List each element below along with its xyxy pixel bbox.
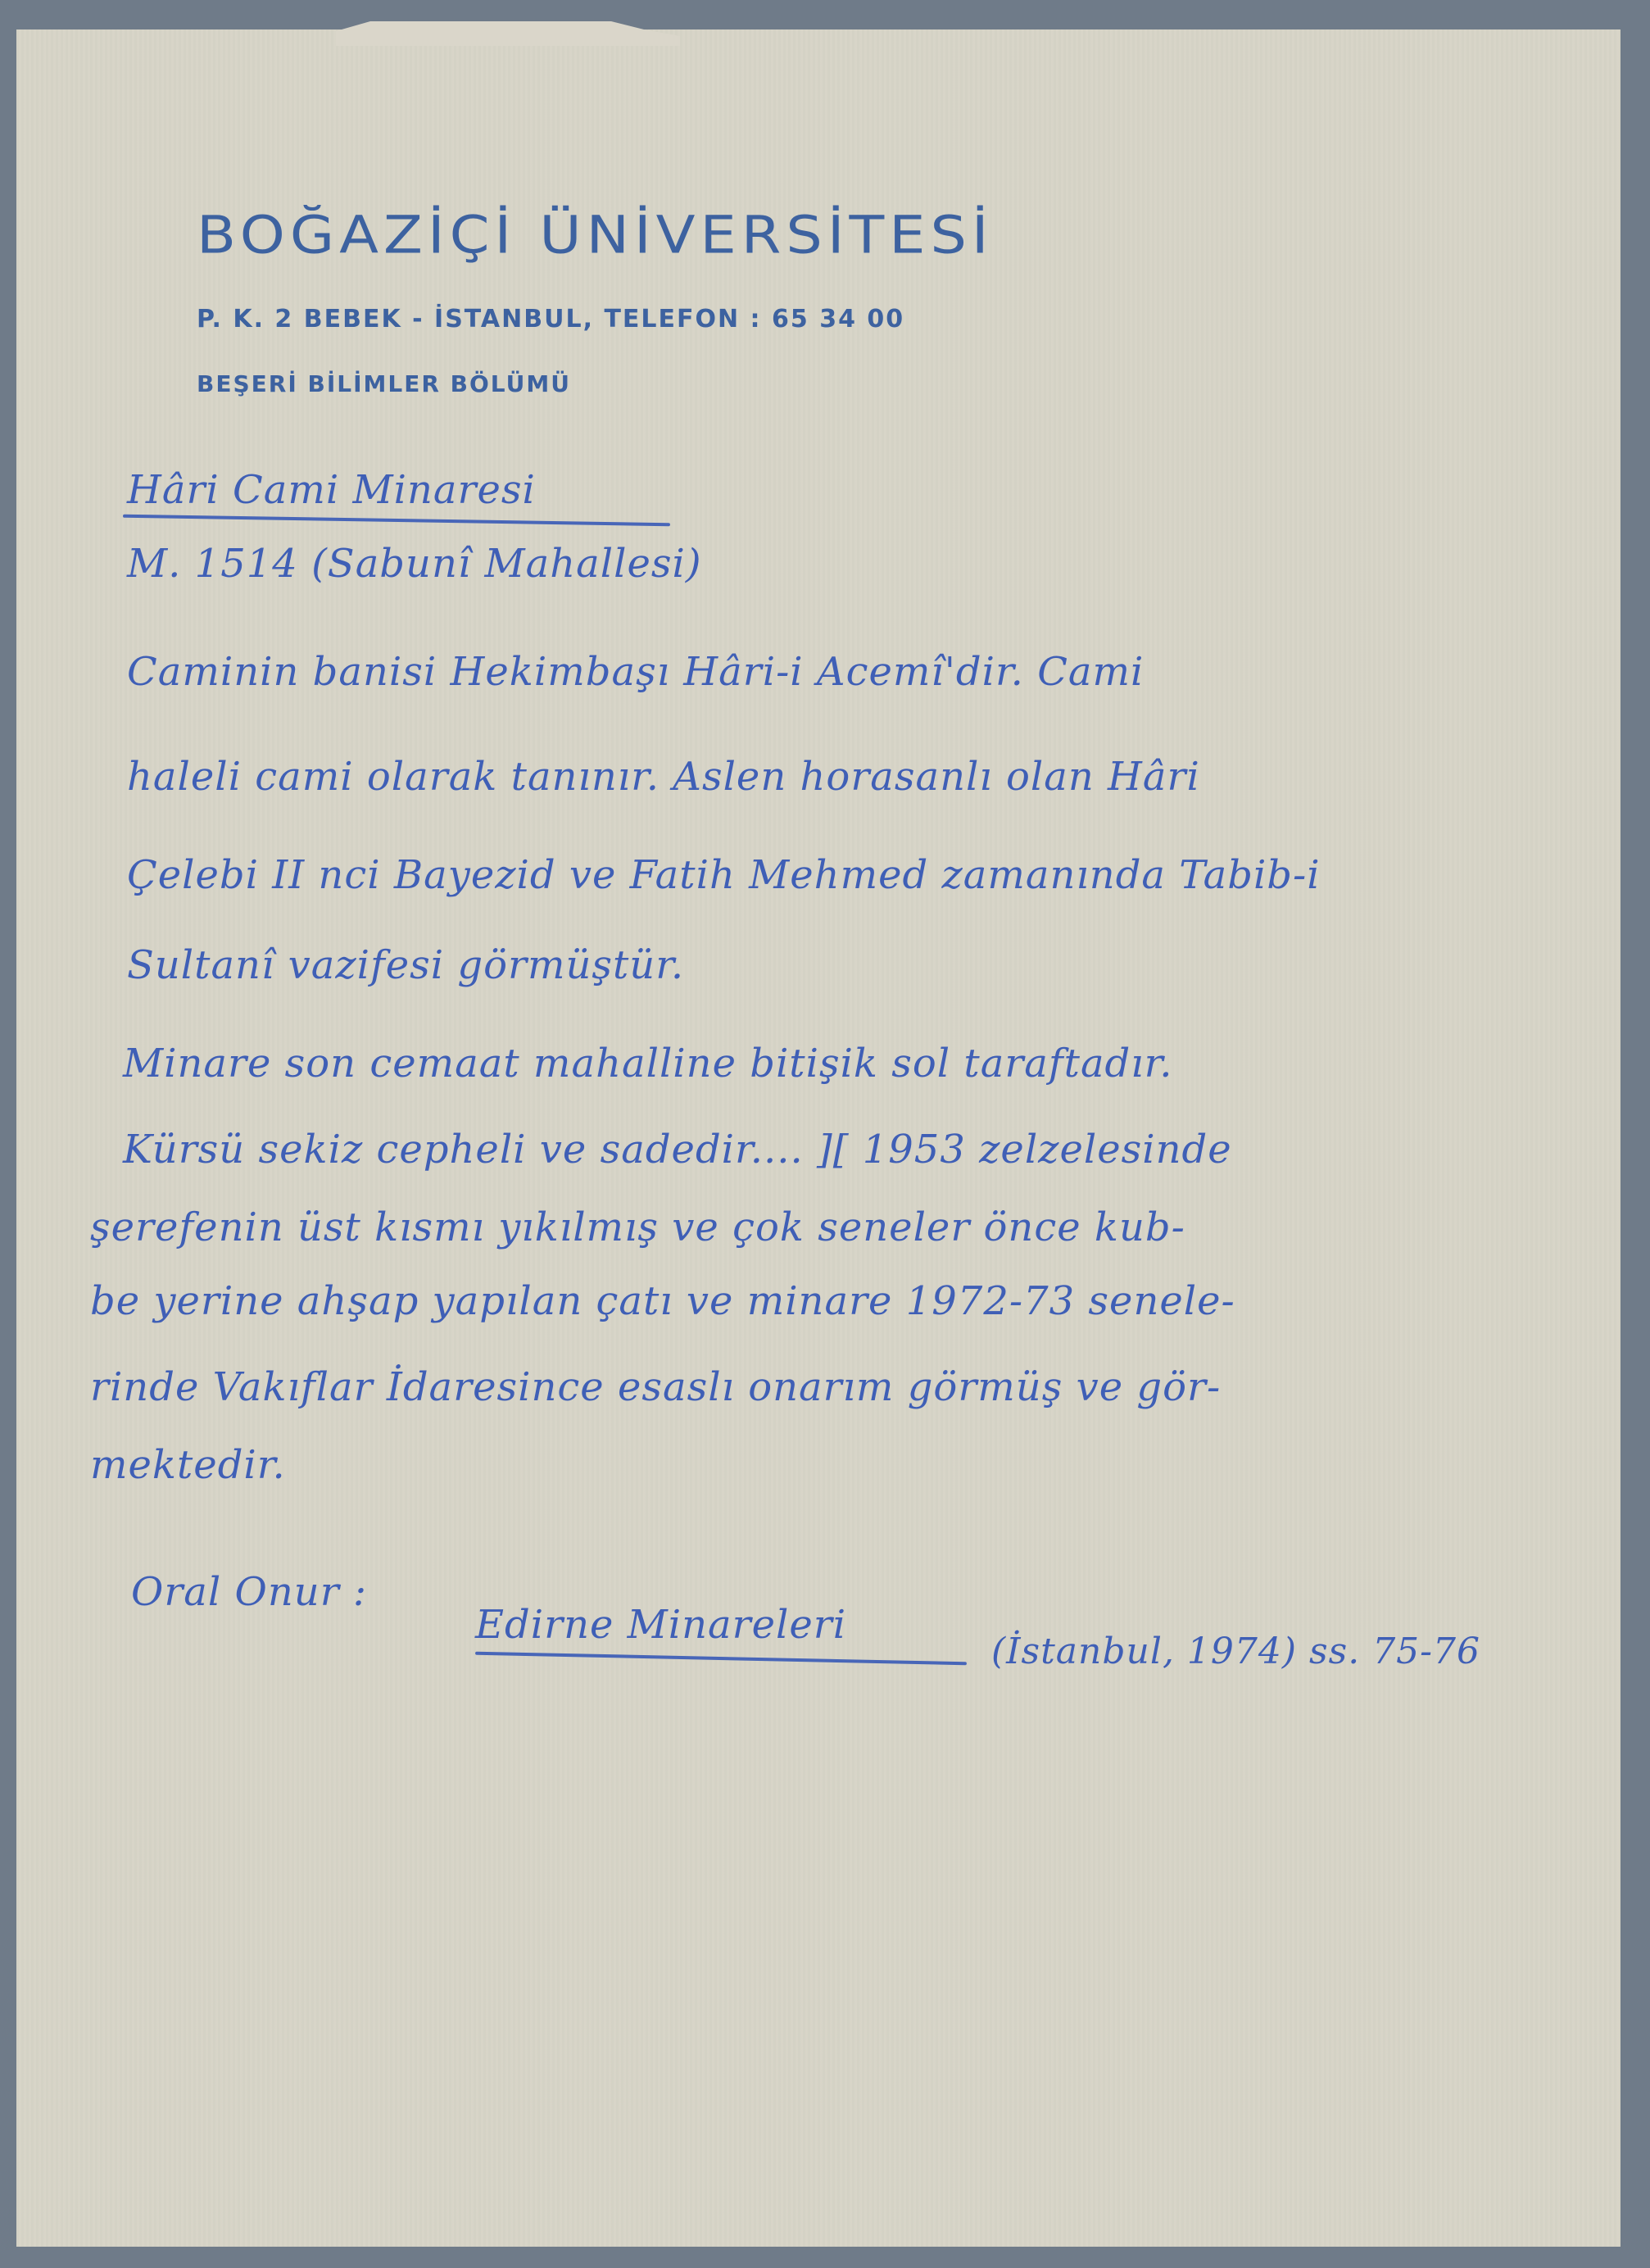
letterhead-department: BEŞERİ BİLİMLER BÖLÜMÜ <box>197 370 571 397</box>
paragraph2-line3: şerefenin üst kısmı yıkılmış ve çok sene… <box>90 1204 1185 1250</box>
reference-author: Oral Onur : <box>131 1569 367 1615</box>
paragraph1-line3: Çelebi II nci Bayezid ve Fatih Mehmed za… <box>127 852 1321 898</box>
note-subtitle: M. 1514 (Sabunî Mahallesi) <box>127 541 702 587</box>
paragraph2-line4: be yerine ahşap yapılan çatı ve minare 1… <box>90 1278 1235 1324</box>
paragraph2-line2: Kürsü sekiz cepheli ve sadedir.... ][ 19… <box>123 1127 1232 1173</box>
paragraph2-line6: mektedir. <box>90 1442 286 1488</box>
letterhead-institution: BOĞAZİÇİ ÜNİVERSİTESİ <box>197 205 994 265</box>
paragraph1-line4: Sultanî vazifesi görmüştür. <box>127 942 684 988</box>
letterhead-address: P. K. 2 BEBEK - İSTANBUL, TELEFON : 65 3… <box>197 305 904 333</box>
note-title: Hâri Cami Minaresi <box>127 467 536 513</box>
paragraph2-line5: rinde Vakıflar İdaresince esaslı onarım … <box>90 1364 1221 1410</box>
paragraph1-line1: Caminin banisi Hekimbaşı Hâri-i Acemî'di… <box>127 649 1144 695</box>
reference-book-title: Edirne Minareleri <box>475 1602 846 1648</box>
paragraph1-line2: haleli cami olarak tanınır. Aslen horasa… <box>127 754 1200 800</box>
paragraph2-line1: Minare son cemaat mahalline bitişik sol … <box>123 1041 1173 1086</box>
reference-details: (İstanbul, 1974) ss. 75-76 <box>991 1631 1480 1672</box>
